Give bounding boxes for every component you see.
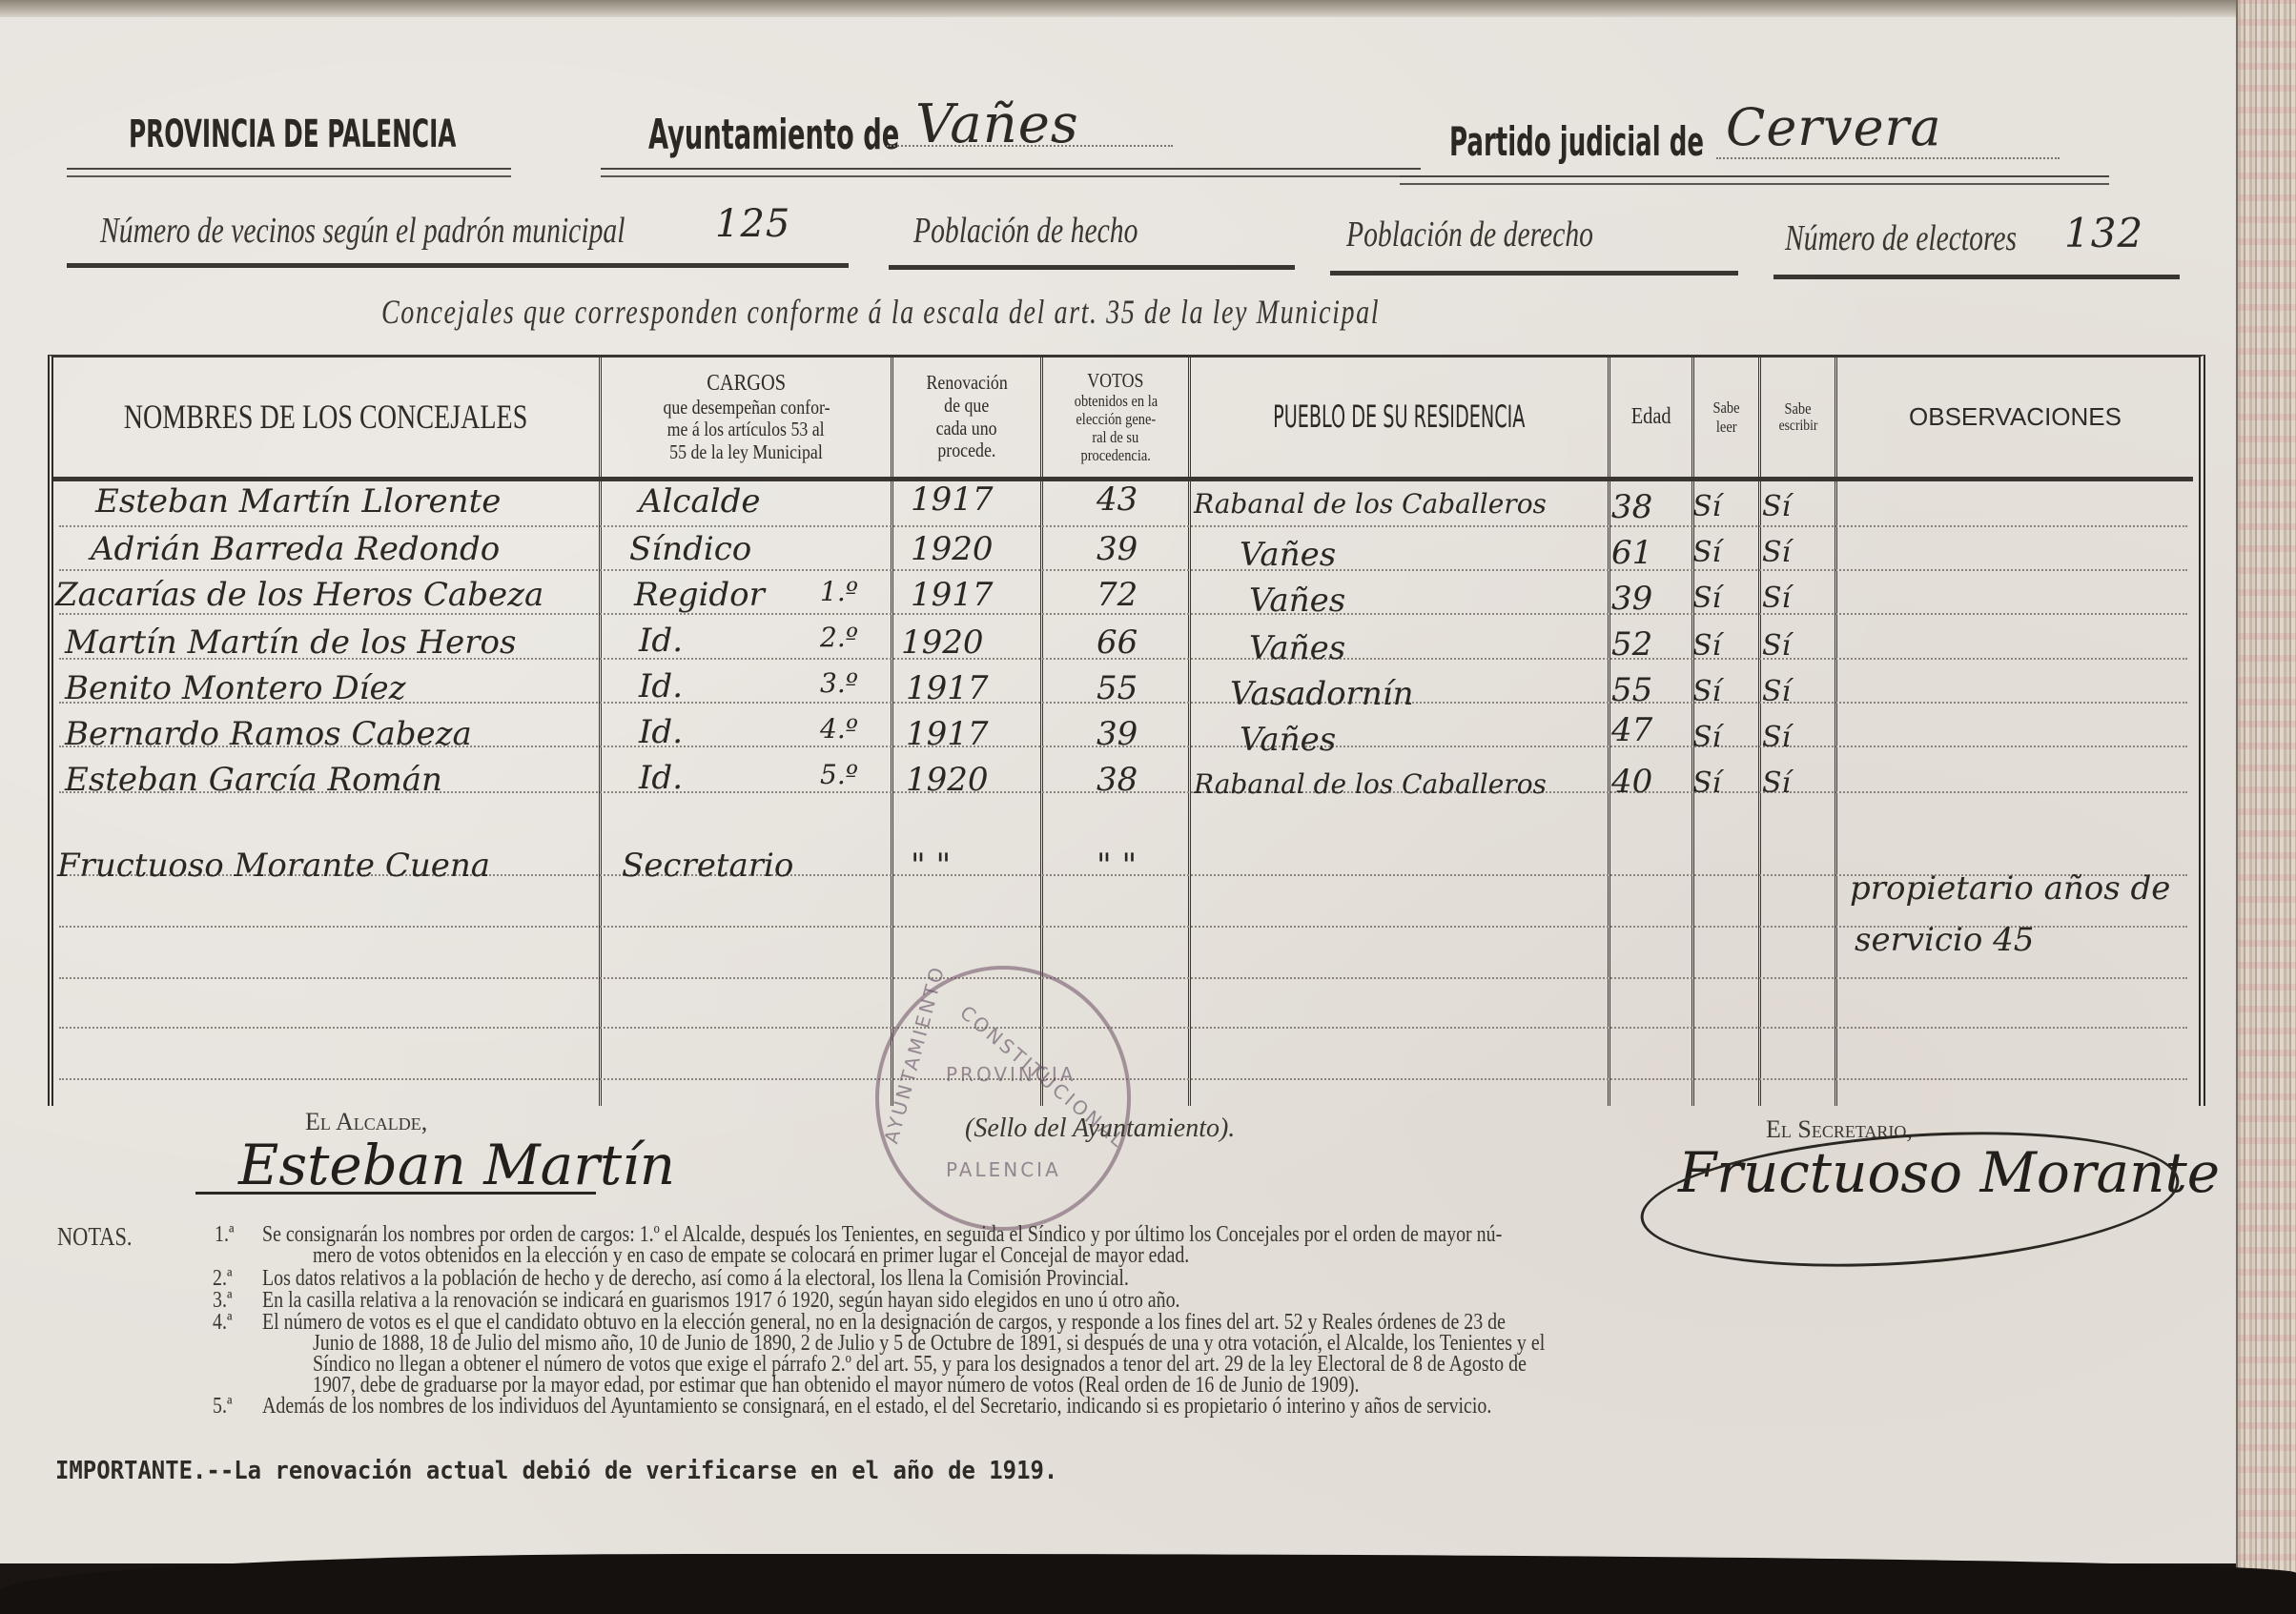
header-text: obtenidos en la — [1074, 392, 1157, 410]
cell-votos: " " — [1097, 847, 1137, 885]
poblacion-hecho-label: Población de hecho — [913, 210, 1138, 252]
header-text: me á los artículos 53 al — [667, 419, 825, 441]
cell-leer: Sí — [1692, 721, 1721, 754]
cell-votos: 39 — [1097, 530, 1138, 568]
cell-votos: 55 — [1097, 669, 1138, 707]
importante-notice: IMPORTANTE.--La renovación actual debió … — [55, 1457, 1057, 1485]
province-title: PROVINCIA DE PALENCIA — [129, 112, 456, 156]
note-text: En la casilla relativa a la renovación s… — [262, 1290, 1180, 1311]
cell-nombre: Bernardo Ramos Cabeza — [65, 715, 472, 753]
cell-cargo: Síndico — [629, 530, 751, 568]
header-text: elección gene- — [1076, 410, 1156, 428]
cell-pueblo: Rabanal de los Caballeros — [1194, 768, 1547, 800]
cell-leer: Sí — [1692, 582, 1721, 615]
note-text: Se consignarán los nombres por orden de … — [262, 1224, 1502, 1245]
cell-votos: 39 — [1097, 715, 1138, 753]
header-text: Renovación — [926, 372, 1007, 395]
cell-renovacion: 1920 — [901, 623, 984, 662]
cell-renovacion: 1917 — [911, 480, 994, 519]
cell-renovacion: " " — [911, 847, 951, 885]
note-text: mero de votos obtenidos en la elección y… — [313, 1245, 1189, 1266]
divider — [601, 168, 1421, 177]
header-text: VOTOS — [1087, 370, 1143, 393]
cell-leer: Sí — [1692, 629, 1721, 663]
cell-escribir: Sí — [1762, 721, 1791, 754]
cell-escribir: Sí — [1762, 766, 1791, 800]
ayuntamiento-label: Ayuntamiento de — [648, 111, 899, 159]
scan-background — [0, 1554, 2296, 1614]
poblacion-derecho-label: Población de derecho — [1346, 214, 1593, 255]
row-line — [59, 569, 2187, 571]
cell-cargo: Id. — [639, 759, 683, 797]
cell-nombre: Esteban García Román — [65, 761, 442, 799]
electores-value: 132 — [2064, 210, 2143, 256]
row-line — [59, 1027, 2187, 1029]
cell-cargo: Alcalde — [639, 482, 761, 521]
cell-renovacion: 1920 — [911, 530, 994, 568]
cell-votos: 66 — [1097, 623, 1138, 662]
cell-pueblo: Rabanal de los Caballeros — [1194, 488, 1547, 520]
divider — [67, 168, 511, 177]
header-text: NOMBRES DE LOS CONCEJALES — [124, 398, 528, 436]
cell-cargo: Id. — [639, 667, 683, 705]
header-text: procedencia. — [1080, 446, 1150, 464]
header-text: ral de su — [1093, 428, 1139, 446]
cell-cargo: Id. — [639, 713, 683, 751]
cell-edad: 40 — [1611, 763, 1652, 801]
divider — [1330, 271, 1738, 276]
cell-edad: 47 — [1611, 711, 1652, 749]
cell-edad: 38 — [1611, 488, 1652, 526]
cell-renovacion: 1917 — [906, 715, 989, 753]
column-header-cargos: CARGOS que desempeñan confor- me á los a… — [602, 358, 891, 477]
cell-pueblo: Vasadornín — [1230, 675, 1414, 713]
note-text: El número de votos es el que el candidat… — [262, 1312, 1506, 1333]
cell-cargo: Secretario — [622, 847, 793, 885]
cell-cargo: Regidor — [634, 576, 765, 614]
cell-leer: Sí — [1692, 675, 1721, 708]
cell-ordinal: 5.º — [820, 759, 858, 790]
note-text: Junio de 1888, 18 de Julio del mismo año… — [313, 1333, 1545, 1354]
column-header-votos: VOTOS obtenidos en la elección gene- ral… — [1043, 358, 1188, 477]
electores-label: Número de electores — [1785, 217, 2017, 259]
partido-value: Cervera — [1726, 97, 1942, 157]
vecinos-value: 125 — [715, 202, 790, 246]
stamp-center-text: PROVINCIA — [946, 1063, 1076, 1086]
stamp-center-text: PALENCIA — [946, 1158, 1061, 1181]
column-header-renovacion: Renovación de que cada uno procede. — [893, 358, 1040, 477]
note-number: 1.ª — [215, 1224, 234, 1245]
concejales-heading: Concejales que corresponden conforme á l… — [381, 292, 1380, 332]
header-text: CARGOS — [707, 371, 786, 397]
note-text: Los datos relativos a la población de he… — [262, 1268, 1129, 1289]
cell-escribir: Sí — [1762, 490, 1791, 523]
cell-leer: Sí — [1692, 766, 1721, 800]
cell-escribir: Sí — [1762, 536, 1791, 569]
column-header-sabe-leer: Sabe leer — [1694, 358, 1758, 477]
cell-votos: 43 — [1097, 480, 1138, 519]
header-text: escribir — [1778, 418, 1817, 435]
cell-ordinal: 3.º — [820, 667, 858, 699]
observaciones-note: servicio 45 — [1855, 921, 2034, 959]
divider — [889, 265, 1295, 270]
cell-ordinal: 4.º — [820, 713, 858, 745]
header-text: procede. — [938, 439, 996, 462]
header-text: Sabe — [1784, 399, 1811, 418]
header-text: Sabe — [1712, 398, 1739, 417]
note-number: 5.ª — [213, 1396, 232, 1417]
header-text: Edad — [1631, 404, 1671, 430]
cell-renovacion: 1920 — [906, 761, 989, 799]
cell-renovacion: 1917 — [911, 576, 994, 614]
note-number: 2.ª — [213, 1268, 232, 1289]
cell-nombre: Fructuoso Morante Cuena — [57, 847, 490, 885]
column-header-observaciones: OBSERVACIONES — [1837, 358, 2193, 477]
divider — [1773, 275, 2180, 279]
header-text: PUEBLO DE SU RESIDENCIA — [1273, 400, 1525, 435]
header-text: que desempeñan confor- — [663, 397, 830, 419]
cell-escribir: Sí — [1762, 629, 1791, 663]
column-header-nombres: NOMBRES DE LOS CONCEJALES — [53, 358, 599, 477]
book-page-edges — [2236, 0, 2296, 1583]
note-number: 4.ª — [213, 1312, 232, 1333]
cell-nombre: Esteban Martín Llorente — [95, 482, 501, 521]
cell-ordinal: 1.º — [820, 576, 858, 607]
cell-leer: Sí — [1692, 490, 1721, 523]
column-header-sabe-escribir: Sabe escribir — [1761, 358, 1835, 477]
cell-edad: 52 — [1611, 625, 1652, 664]
cell-cargo: Id. — [639, 622, 683, 660]
cell-pueblo: Vañes — [1249, 582, 1345, 620]
row-line — [59, 977, 2187, 979]
header-text: leer — [1716, 418, 1737, 436]
observaciones-note: propietario años de — [1850, 869, 2170, 908]
column-header-edad: Edad — [1610, 358, 1691, 477]
dotted-line — [1716, 157, 2060, 159]
note-number: 3.ª — [213, 1290, 232, 1311]
note-text: Síndico no llegan a obtener el número de… — [313, 1354, 1527, 1375]
cell-nombre: Zacarías de los Heros Cabeza — [55, 576, 543, 614]
cell-escribir: Sí — [1762, 582, 1791, 615]
column-header-pueblo: PUEBLO DE SU RESIDENCIA — [1191, 358, 1608, 477]
cell-nombre: Benito Montero Díez — [65, 669, 405, 707]
cell-ordinal: 2.º — [820, 622, 858, 653]
header-text: cada uno — [936, 418, 997, 440]
cell-nombre: Adrián Barreda Redondo — [91, 530, 500, 568]
notes-label: NOTAS. — [57, 1226, 133, 1247]
cell-escribir: Sí — [1762, 675, 1791, 708]
dotted-line — [887, 145, 1173, 147]
header-text: OBSERVACIONES — [1909, 403, 2122, 431]
cell-nombre: Martín Martín de los Heros — [65, 623, 516, 662]
vecinos-label: Número de vecinos según el padrón munici… — [100, 210, 625, 252]
cell-edad: 55 — [1611, 671, 1652, 709]
sello-label: (Sello del Ayuntamiento). — [965, 1113, 1235, 1144]
municipal-stamp: AYUNTAMIENTO CONSTITUCIONAL PROVINCIA PA… — [875, 966, 1131, 1231]
cell-renovacion: 1917 — [906, 669, 989, 707]
cell-edad: 39 — [1611, 580, 1652, 618]
cell-edad: 61 — [1611, 534, 1652, 572]
cell-votos: 38 — [1097, 761, 1138, 799]
partido-label: Partido judicial de — [1449, 118, 1704, 165]
cell-leer: Sí — [1692, 536, 1721, 569]
divider — [67, 263, 849, 268]
alcalde-signature: Esteban Martín — [238, 1133, 675, 1197]
header-text: 55 de la ley Municipal — [669, 441, 823, 464]
page-top-edge — [0, 0, 2236, 17]
divider — [1400, 175, 2109, 185]
note-text: Además de los nombres de los individuos … — [262, 1396, 1491, 1417]
row-line — [59, 525, 2187, 527]
header-text: de que — [944, 395, 989, 418]
cell-pueblo: Vañes — [1240, 721, 1336, 759]
document-page: PROVINCIA DE PALENCIA Ayuntamiento de Va… — [0, 0, 2236, 1563]
cell-pueblo: Vañes — [1240, 536, 1336, 574]
cell-pueblo: Vañes — [1249, 629, 1345, 667]
note-text: 1907, debe de graduarse por la mayor eda… — [313, 1375, 1359, 1396]
cell-votos: 72 — [1097, 576, 1138, 614]
